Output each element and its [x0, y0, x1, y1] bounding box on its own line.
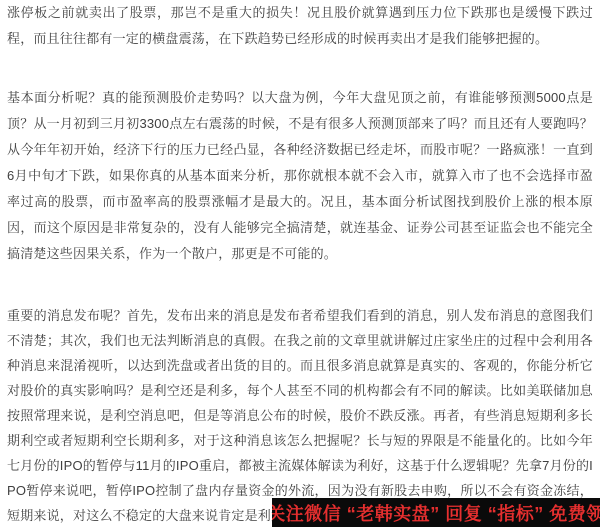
wechat-promo-text: 关注微信 “老韩实盘” 回复 “指标” 免费领	[272, 500, 600, 526]
paragraph-news-release: 重要的消息发布呢？首先，发布出来的消息是发布者希望我们看到的消息，别人发布消息的…	[7, 303, 593, 527]
paragraph-sell-before-limit-up: 涨停板之前就卖出了股票，那岂不是重大的损失！况且股价就算遇到压力位下跌那也是缓慢…	[7, 0, 593, 52]
article-page: 涨停板之前就卖出了股票，那岂不是重大的损失！况且股价就算遇到压力位下跌那也是缓慢…	[0, 0, 600, 527]
article-body: 涨停板之前就卖出了股票，那岂不是重大的损失！况且股价就算遇到压力位下跌那也是缓慢…	[0, 0, 600, 527]
paragraph-fundamental-analysis: 基本面分析呢？真的能预测股价走势吗？以大盘为例，今年大盘见顶之前，有谁能够预测5…	[7, 85, 593, 267]
wechat-promo-banner: 关注微信 “老韩实盘” 回复 “指标” 免费领	[272, 498, 600, 527]
